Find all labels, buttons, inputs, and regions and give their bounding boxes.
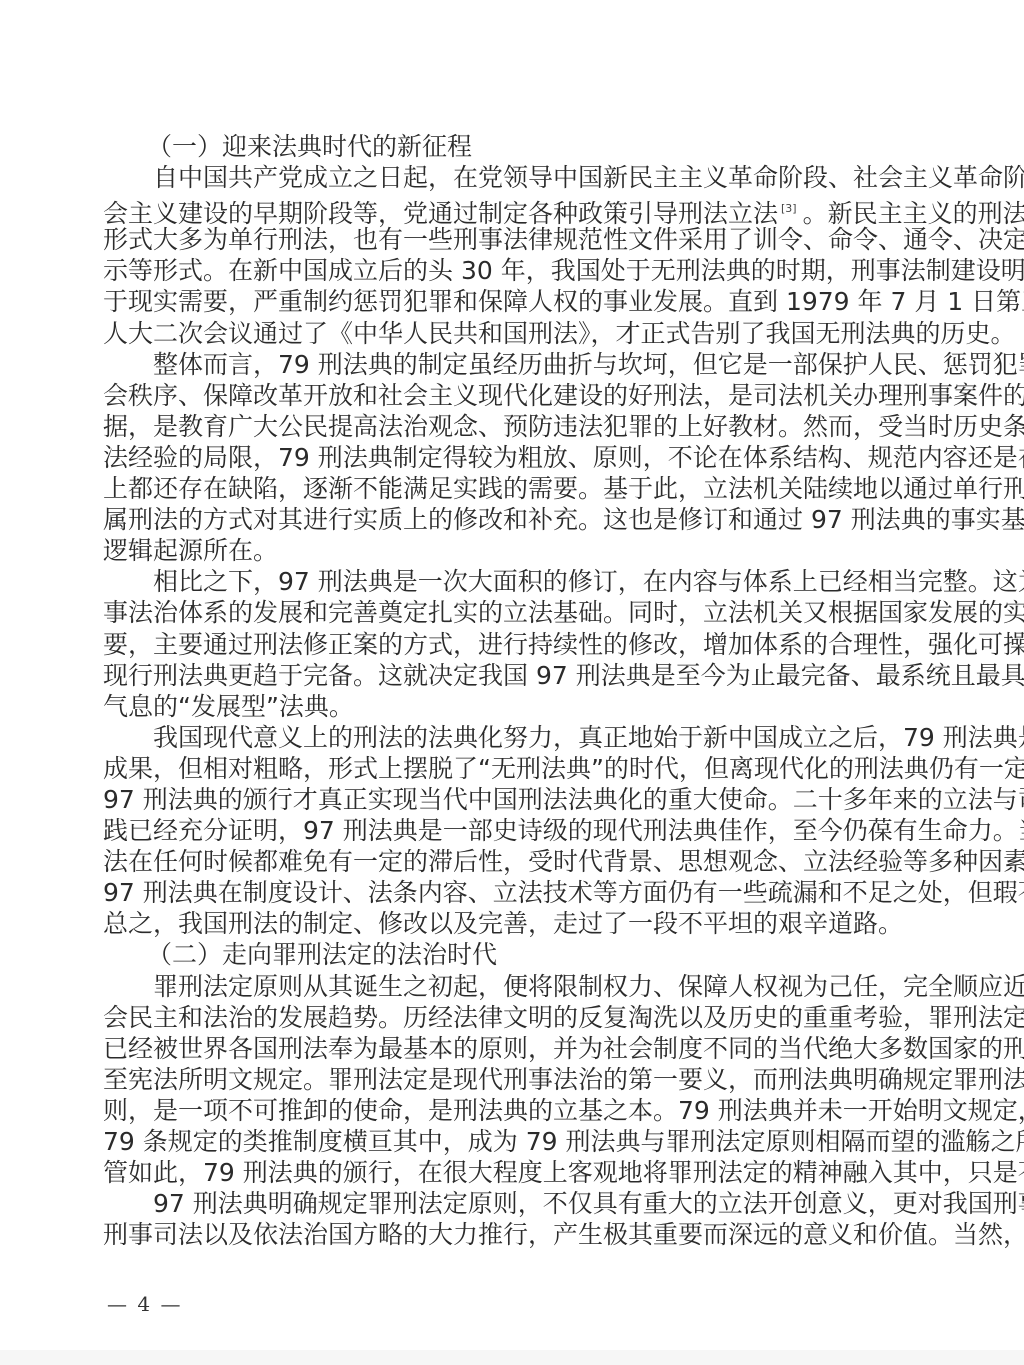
paragraph-line: 管如此，79 刑法典的颁行，在很大程度上客观地将罪刑法定的精神融入其中，只是不够… [103,1157,919,1188]
paragraph-line: 会秩序、保障改革开放和社会主义现代化建设的好刑法，是司法机关办理刑事案件的法律依 [103,380,919,411]
paragraph-line: 属刑法的方式对其进行实质上的修改和补充。这也是修订和通过 97 刑法典的事实基础… [103,504,919,535]
paragraph-line: 自中国共产党成立之日起，在党领导中国新民主主义革命阶段、社会主义革命阶段和社 [103,162,919,193]
paragraph-line: 事法治体系的发展和完善奠定扎实的立法基础。同时，立法机关又根据国家发展的实际需 [103,597,919,628]
paragraph-line: 上都还存在缺陷，逐渐不能满足实践的需要。基于此，立法机关陆续地以通过单行刑法和附 [103,473,919,504]
paragraph-line: 人大二次会议通过了《中华人民共和国刑法》，才正式告别了我国无刑法典的历史。 [103,318,919,349]
section-heading-2: （二）走向罪刑法定的法治时代 [103,939,919,970]
paragraph-line: 示等形式。在新中国成立后的头 30 年，我国处于无刑法典的时期，刑事法制建设明显… [103,255,919,286]
paragraph-line: 至宪法所明文规定。罪刑法定是现代刑事法治的第一要义，而刑法典明确规定罪刑法定原 [103,1064,919,1095]
paragraph-line: 已经被世界各国刑法奉为最基本的原则，并为社会制度不同的当代绝大多数国家的刑法乃 [103,1033,919,1064]
paragraph-line: 则，是一项不可推卸的使命，是刑法典的立基之本。79 刑法典并未一开始明文规定，其… [103,1095,919,1126]
paragraph-line: 总之，我国刑法的制定、修改以及完善，走过了一段不平坦的艰辛道路。 [103,908,919,939]
paragraph-line: 法经验的局限，79 刑法典制定得较为粗放、原则，不论在体系结构、规范内容还是在立… [103,442,919,473]
paragraph-line: 要，主要通过刑法修正案的方式，进行持续性的修改，增加体系的合理性，强化可操作性，… [103,629,919,660]
body-text: （一）迎来法典时代的新征程 自中国共产党成立之日起，在党领导中国新民主主义革命阶… [103,131,919,1250]
paragraph-line: 会民主和法治的发展趋势。历经法律文明的反复淘洗以及历史的重重考验，罪刑法定原则 [103,1002,919,1033]
paragraph-line: 据，是教育广大公民提高法治观念、预防违法犯罪的上好教材。然而，受当时历史条件和立 [103,411,919,442]
paragraph-line: 践已经充分证明，97 刑法典是一部史诗级的现代刑法典佳作，至今仍葆有生命力。当然… [103,815,919,846]
document-page: （一）迎来法典时代的新征程 自中国共产党成立之日起，在党领导中国新民主主义革命阶… [0,0,1024,1350]
paragraph-line: 于现实需要，严重制约惩罚犯罪和保障人权的事业发展。直到 1979 年 7 月 1… [103,286,919,317]
paragraph-line: 97 刑法典的颁行才真正实现当代中国刑法法典化的重大使命。二十多年来的立法与司法… [103,784,919,815]
paragraph-line: 97 刑法典在制度设计、法条内容、立法技术等方面仍有一些疏漏和不足之处，但瑕不掩… [103,877,919,908]
paragraph-line: 法在任何时候都难免有一定的滞后性，受时代背景、思想观念、立法经验等多种因素的影响… [103,846,919,877]
paragraph-line: 79 条规定的类推制度横亘其中，成为 79 刑法典与罪刑法定原则相隔而望的滥觞之… [103,1126,919,1157]
paragraph-line: 97 刑法典明确规定罪刑法定原则，不仅具有重大的立法开创意义，更对我国刑事立法、 [103,1188,919,1219]
paragraph-line: 形式大多为单行刑法，也有一些刑事法律规范性文件采用了训令、命令、通令、决定、办法… [103,224,919,255]
paragraph-line: 罪刑法定原则从其诞生之初起，便将限制权力、保障人权视为己任，完全顺应近现代社 [103,971,919,1002]
page-bottom-edge [0,1350,1024,1365]
paragraph-line: 成果，但相对粗略，形式上摆脱了“无刑法典”的时代，但离现代化的刑法典仍有一定的差… [103,753,919,784]
paragraph-line: 整体而言，79 刑法典的制定虽经历曲折与坎坷，但它是一部保护人民、惩罚犯罪、维护… [103,349,919,380]
paragraph-line: 逻辑起源所在。 [103,535,919,566]
section-heading-1: （一）迎来法典时代的新征程 [103,131,919,162]
paragraph-line: 刑事司法以及依法治国方略的大力推行，产生极其重要而深远的意义和价值。当然，罪刑法 [103,1219,919,1250]
paragraph-line: 气息的“发展型”法典。 [103,691,919,722]
paragraph-line: 我国现代意义上的刑法的法典化努力，真正地始于新中国成立之后，79 刑法典是标志性 [103,722,919,753]
footnote-marker[interactable]: [3] [781,202,797,215]
paragraph-line: 现行刑法典更趋于完备。这就决定我国 97 刑法典是至今为止最完备、最系统且最具有… [103,660,919,691]
paragraph-line-with-footnote: 会主义建设的早期阶段等，党通过制定各种政策引导刑法立法[3]。新民主主义的刑法表… [103,193,919,224]
paragraph-line: 相比之下，97 刑法典是一次大面积的修订，在内容与体系上已经相当完整。这为我国刑 [103,566,919,597]
page-number: — 4 — [107,1292,182,1316]
